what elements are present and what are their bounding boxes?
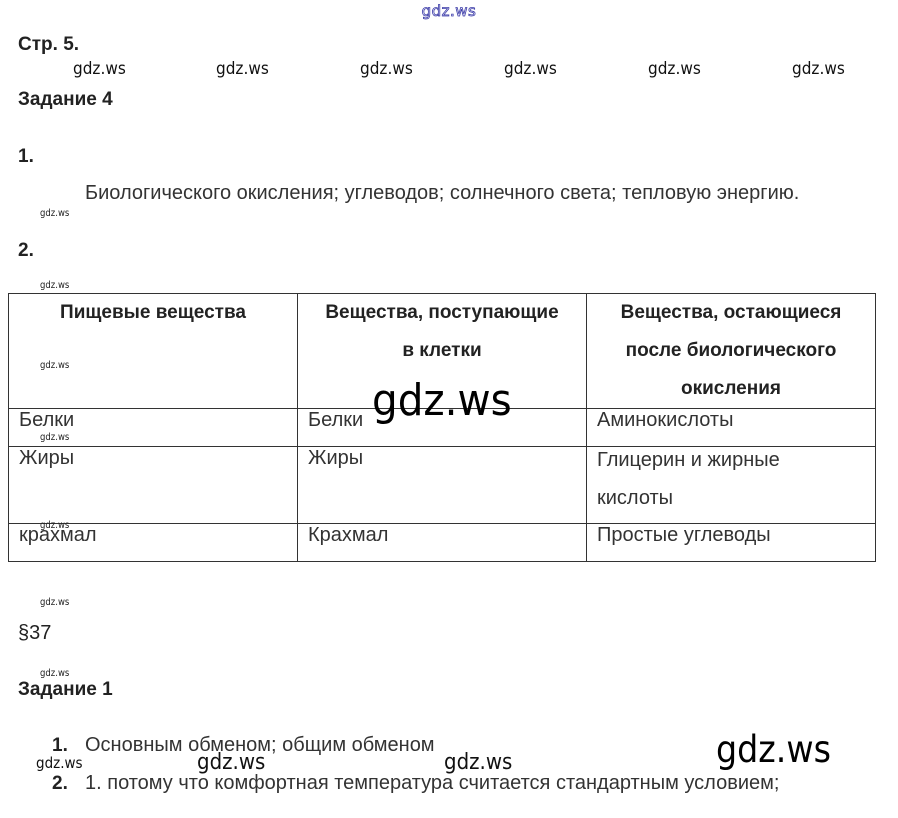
watermark: gdz.ws [648, 59, 701, 79]
cell-text: Простые углеводы [597, 524, 865, 547]
watermark-large: gdz.ws [372, 375, 512, 426]
task-4-item-1-number: 1. [18, 146, 34, 168]
watermark: gdz.ws [40, 280, 69, 291]
page-label: Стр. 5. [18, 34, 79, 56]
cell-text: Аминокислоты [597, 409, 865, 432]
task-4-title: Задание 4 [18, 89, 113, 111]
watermark: gdz.ws [40, 360, 69, 371]
watermark: gdz.ws [40, 597, 69, 608]
header-line: Пищевые вещества [17, 294, 289, 332]
table-cell: Аминокислоты [587, 409, 876, 447]
cell-text: Жиры [308, 447, 576, 470]
watermark-large: gdz.ws [716, 728, 831, 771]
header-line: Вещества, остающиеся [595, 294, 867, 332]
watermark: gdz.ws [792, 59, 845, 79]
table-row: Жиры Жиры Глицерин и жирные кислоты [9, 447, 876, 524]
header-line: окисления [595, 370, 867, 408]
watermark: gdz.ws [73, 59, 126, 79]
watermark: gdz.ws [504, 59, 557, 79]
task-1-title: Задание 1 [18, 679, 113, 701]
watermark: gdz.ws [36, 754, 83, 772]
watermark: gdz.ws [40, 208, 69, 219]
task-1-item-2-number: 2. [52, 773, 68, 795]
watermark: gdz.ws [216, 59, 269, 79]
watermark: gdz.ws [40, 432, 69, 443]
header-line: в клетки [306, 332, 578, 370]
task-4-item-1-text: Биологического окисления; углеводов; сол… [85, 182, 799, 205]
header-food-substances: Пищевые вещества [9, 294, 298, 409]
watermark: gdz.ws [40, 668, 69, 679]
table-cell: Жиры [9, 447, 298, 524]
header-substances-remaining: Вещества, остающиеся после биологическог… [587, 294, 876, 409]
cell-text: Белки [19, 409, 287, 432]
cell-text: кислоты [597, 473, 865, 523]
cell-text: Жиры [19, 447, 287, 470]
substances-table: Пищевые вещества Вещества, поступающие в… [8, 293, 876, 562]
watermark: gdz.ws [360, 59, 413, 79]
watermark: gdz.ws [40, 520, 69, 531]
task-4-item-2-number: 2. [18, 240, 34, 262]
header-line: после биологического [595, 332, 867, 370]
section-number: §37 [18, 622, 51, 645]
header-line: Вещества, поступающие [306, 294, 578, 332]
watermark-top: gdz.ws [0, 2, 898, 20]
table-cell: Глицерин и жирные кислоты [587, 447, 876, 524]
table-cell: Крахмал [298, 524, 587, 562]
table-cell: Жиры [298, 447, 587, 524]
table-row: крахмал Крахмал Простые углеводы [9, 524, 876, 562]
task-1-item-2-text: 1. потому что комфортная температура счи… [85, 772, 779, 795]
table-cell: Простые углеводы [587, 524, 876, 562]
cell-text: Глицерин и жирные [597, 447, 865, 473]
cell-text: Крахмал [308, 524, 576, 547]
